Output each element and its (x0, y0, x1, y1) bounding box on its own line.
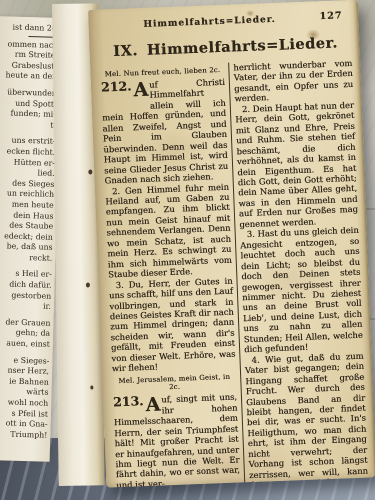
left-page-fragment: der Grauen (0, 317, 51, 329)
left-page-fragment: heute an dei- (0, 70, 57, 82)
hymn-213-stanza-3: 3. Hast du uns gleich dein Angesicht ent… (240, 225, 364, 355)
left-page-fragment: ott in Gna- (0, 418, 48, 430)
section-title: IX.Himmelfahrts=Lieder. (99, 34, 351, 61)
hymn-212-stanza-3: 3. Du, Herr, der Gutes in uns schafft, h… (108, 275, 236, 374)
binding-speck (90, 385, 93, 389)
running-header: Himmelfahrts=Lieder. (143, 15, 276, 30)
section-name: Himmelfahrts=Lieder. (146, 34, 338, 58)
column-right: herrlicht wunderbar vom Vater, der ihn z… (228, 58, 368, 488)
column-left: Mel. Nun freut euch, lieben 2c. 212.Auf … (100, 63, 244, 488)
left-page-fragment: überwunden (0, 87, 57, 99)
melody-line-213: Mel. Jerusalem, mein Geist, in 2c. (112, 372, 237, 394)
hymn-number-213: 213. (113, 395, 144, 407)
book-photo: ist dann 2c.ommen nachrm Streite,Grabesl… (0, 0, 375, 500)
left-page-fragment: auen, einst (0, 338, 50, 350)
binding-speck (88, 169, 92, 174)
text-columns: Mel. Nun freut euch, lieben 2c. 212.Auf … (100, 58, 368, 488)
left-page-fragment: ecken flicht. (0, 146, 55, 158)
hymn-213-stanza-1: 213.Auf, singt mit uns, ihr hohen Himmel… (113, 392, 241, 488)
left-page-fragment: ist dann 2c. (0, 22, 59, 34)
hymn-213-stanza-4: 4. Wie gut, daß du zum Vater bist gegang… (244, 350, 368, 487)
left-page-fragment: be, daß uns (0, 241, 53, 253)
left-page-fragment: Triumph! (0, 429, 47, 441)
left-page-fragment: nser Herz, (0, 365, 49, 377)
left-page-fragment: ommen nach (0, 39, 58, 51)
left-page-fragment: un reichlich (0, 188, 54, 200)
hymn-213-stanza-1-continued: herrlicht wunderbar vom Vater, der ihn z… (233, 58, 354, 104)
binding-speck (86, 282, 90, 287)
left-page-fragment: wohl noch (0, 397, 48, 409)
page-content: Himmelfahrts=Lieder. 127 IX.Himmelfahrts… (88, 0, 375, 488)
section-number: IX. (113, 42, 138, 60)
hymn-number-212: 212. (101, 80, 132, 92)
right-page: Himmelfahrts=Lieder. 127 IX.Himmelfahrts… (88, 0, 375, 488)
page-number: 127 (319, 10, 342, 22)
drop-cap-212: A (133, 80, 149, 102)
hymn-212-stanza-1: 212.Auf Christi Himmelfahrt allein will … (101, 77, 229, 186)
hymn-213-stanza-2: 2. Dein Haupt hat nun der Herr, dein Got… (235, 100, 359, 230)
running-header-row: Himmelfahrts=Lieder. 127 (98, 12, 350, 35)
drop-cap-213: A (145, 395, 161, 417)
hymn-212-stanza-2: 2. Gen Himmel fuhr mein Heiland auf, um … (105, 181, 233, 280)
